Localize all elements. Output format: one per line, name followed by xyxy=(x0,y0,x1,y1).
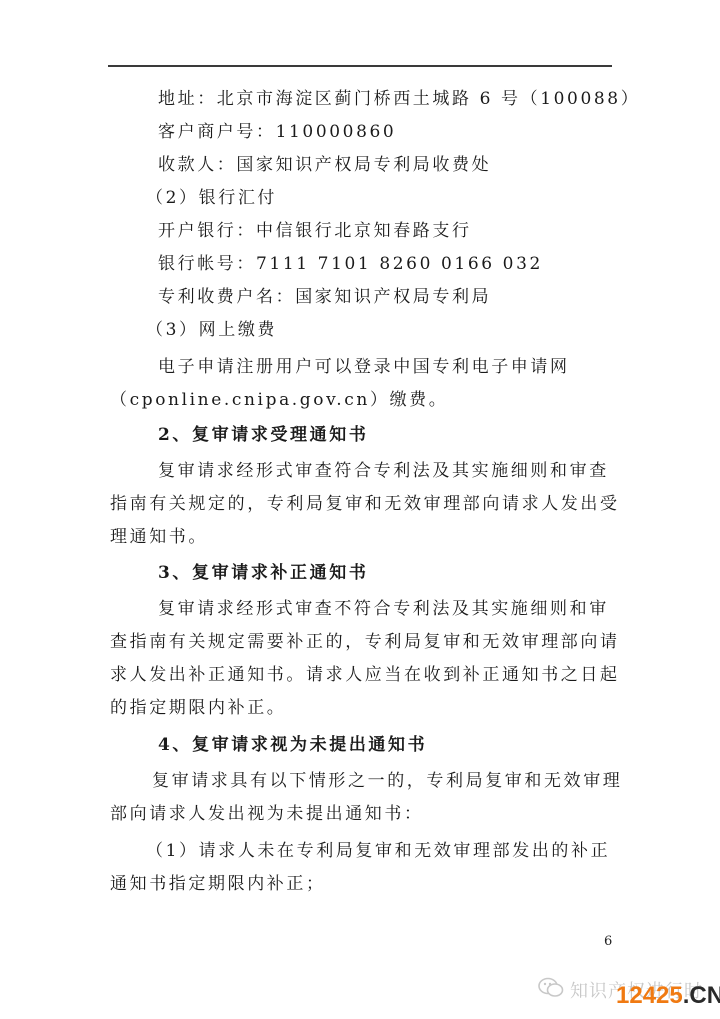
watermark: 知识产权进行时 12425.CN xyxy=(538,975,720,1005)
paragraph-line: 复审请求具有以下情形之一的，专利局复审和无效审理 xyxy=(110,770,652,792)
section-heading-3: 3、复审请求补正通知书 xyxy=(110,562,658,584)
paragraph-line: 的指定期限内补正。 xyxy=(110,697,610,719)
watermark-site: 12425.CN xyxy=(616,982,720,1010)
online-payment-heading: （3）网上缴费 xyxy=(110,319,646,341)
paragraph-line: 理通知书。 xyxy=(110,526,610,548)
paragraph-line: 部向请求人发出视为未提出通知书： xyxy=(110,803,610,825)
paragraph-line: （cponline.cnipa.gov.cn）缴费。 xyxy=(110,389,610,411)
paragraph-line: 求人发出补正通知书。请求人应当在收到补正通知书之日起 xyxy=(110,664,610,686)
paragraph-line: 查指南有关规定需要补正的，专利局复审和无效审理部向请 xyxy=(110,631,610,653)
header-rule xyxy=(108,65,612,67)
bank-transfer-heading: （2）银行汇付 xyxy=(110,187,646,209)
section-heading-4: 4、复审请求视为未提出通知书 xyxy=(110,734,658,756)
page-number: 6 xyxy=(604,934,612,949)
paragraph-line: 电子申请注册用户可以登录中国专利电子申请网 xyxy=(110,356,658,378)
account-holder-line: 专利收费户名：国家知识产权局专利局 xyxy=(110,286,658,308)
bank-account-line: 银行帐号：7111 7101 8260 0166 032 xyxy=(110,253,658,275)
payee-line: 收款人：国家知识产权局专利局收费处 xyxy=(110,154,658,176)
section-heading-2: 2、复审请求受理通知书 xyxy=(110,424,658,446)
paragraph-line: 复审请求经形式审查符合专利法及其实施细则和审查 xyxy=(110,460,658,482)
watermark-site-number: 12425 xyxy=(616,982,683,1009)
bank-name-line: 开户银行：中信银行北京知春路支行 xyxy=(110,220,658,242)
paragraph-line: 指南有关规定的，专利局复审和无效审理部向请求人发出受 xyxy=(110,493,610,515)
list-item-1: （1）请求人未在专利局复审和无效审理部发出的补正 xyxy=(110,840,646,862)
paragraph-line: 复审请求经形式审查不符合专利法及其实施细则和审 xyxy=(110,598,658,620)
wechat-icon xyxy=(538,977,564,999)
watermark-site-suffix: .CN xyxy=(683,982,720,1009)
merchant-number-line: 客户商户号：110000860 xyxy=(110,121,658,143)
paragraph-line: 通知书指定期限内补正； xyxy=(110,873,610,895)
address-line: 地址：北京市海淀区蓟门桥西土城路 6 号（100088） xyxy=(110,88,658,110)
